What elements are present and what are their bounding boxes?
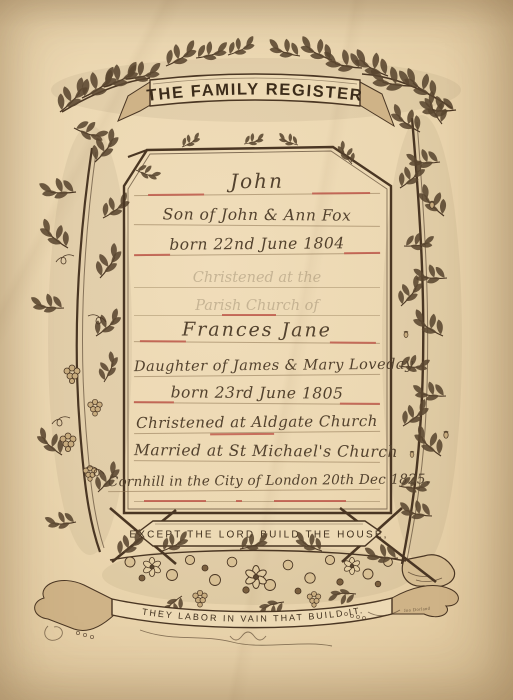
entry-husband-faint-2: Parish Church of — [134, 291, 380, 316]
entry-blank-rule — [134, 491, 380, 502]
entry-marriage-2: Cornhill in the City of London 20th Dec … — [108, 465, 380, 492]
husband-birth-text: born 22nd June 1804 — [134, 234, 380, 254]
marriage-2-text: Cornhill in the City of London 20th Dec … — [108, 472, 380, 490]
entry-marriage-1: Married at St Michael's Church — [134, 436, 380, 463]
entry-husband-parentage: Son of John & Ann Fox — [134, 200, 380, 227]
entry-wife-name: Frances Jane — [134, 317, 380, 344]
family-register-page: THE FAMILY REGISTER — [0, 0, 513, 700]
husband-name-text: John — [134, 168, 380, 194]
wife-parentage-text: Daughter of James & Mary Loveday — [134, 357, 380, 375]
wife-name-text: Frances Jane — [134, 318, 380, 342]
entry-husband-birth: born 22nd June 1804 — [134, 229, 380, 256]
wife-christening-text: Christened at Aldgate Church — [134, 412, 380, 432]
entry-wife-birth: born 23rd June 1805 — [134, 378, 380, 405]
entry-husband-name: John — [134, 169, 380, 196]
husband-parentage-text: Son of John & Ann Fox — [134, 205, 380, 225]
entry-wife-parentage: Daughter of James & Mary Loveday — [134, 350, 380, 377]
entry-wife-christening: Christened at Aldgate Church — [134, 407, 380, 434]
husband-faint-1-text: Christened at the — [134, 270, 380, 286]
register-entries: John Son of John & Ann Fox born 22nd Jun… — [0, 0, 513, 700]
marriage-1-text: Married at St Michael's Church — [134, 441, 380, 461]
wife-birth-text: born 23rd June 1805 — [134, 383, 380, 403]
entry-husband-faint-1: Christened at the — [134, 263, 380, 288]
husband-faint-2-text: Parish Church of — [134, 298, 380, 314]
